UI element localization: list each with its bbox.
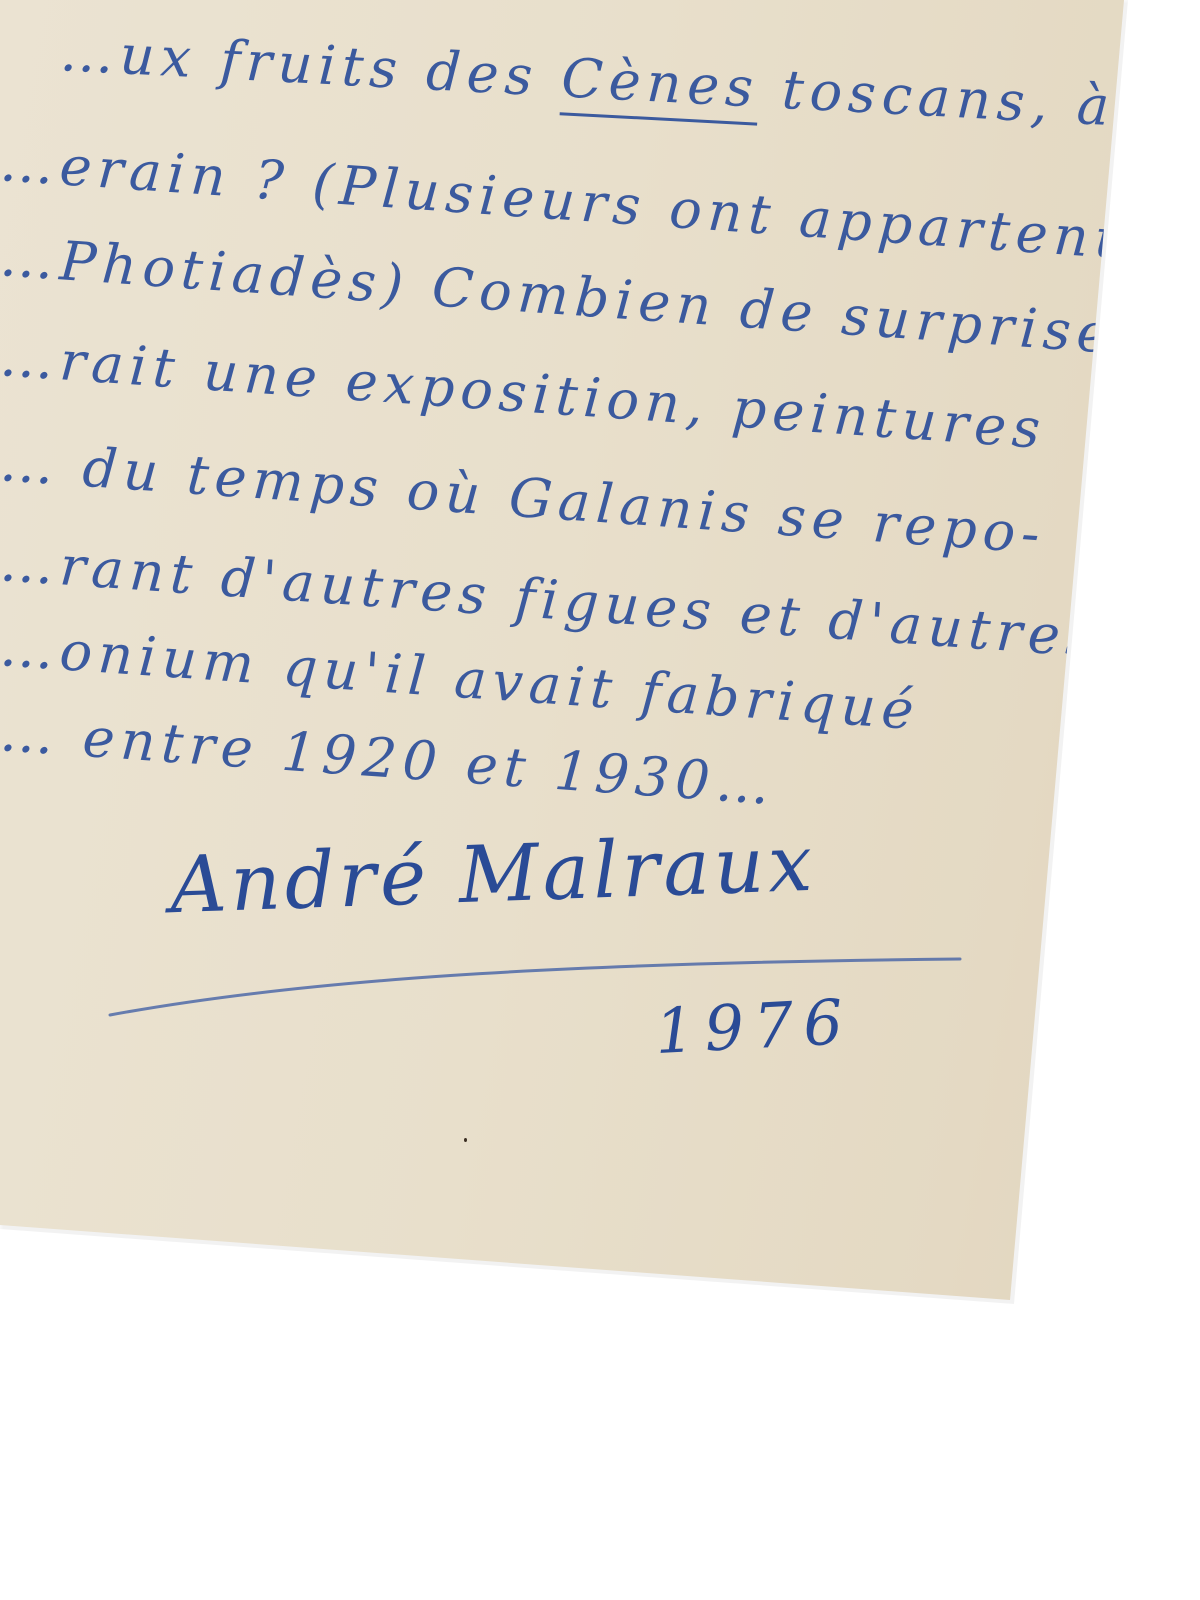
letter-paper: …ux fruits des Cènes toscans, à …erain ?… <box>0 0 1176 1600</box>
letter-line-1: …ux fruits des Cènes toscans, à <box>58 20 1116 138</box>
paper-speck <box>464 1138 467 1142</box>
underlined-word: Cènes <box>560 46 761 119</box>
line-1-rest: toscans, à <box>757 57 1116 139</box>
signature: André Malraux <box>169 819 818 931</box>
line-1-text: …ux fruits des <box>58 20 563 109</box>
letter-date: 1976 <box>653 985 854 1068</box>
